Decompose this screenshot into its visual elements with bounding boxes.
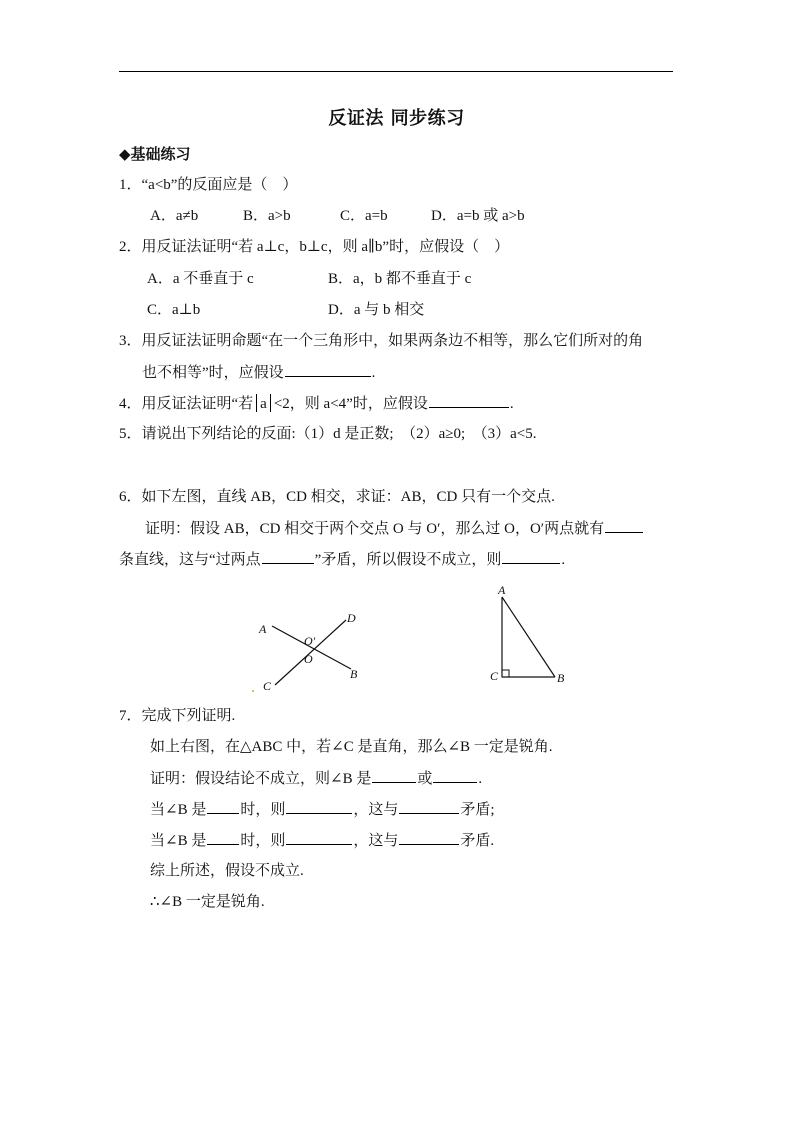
- case1-with: ，这与: [353, 802, 398, 818]
- question-6-proof-line2: 条直线，这与“过两点”矛盾，所以假设不成立，则.: [119, 549, 565, 570]
- question-7-given: 如上右图，在△ABC 中，若∠C 是直角，那么∠B 一定是锐角.: [150, 737, 553, 757]
- section-heading: ◆基础练习: [119, 144, 191, 164]
- case2-blank-result[interactable]: [286, 830, 352, 845]
- label-d: D: [346, 611, 356, 625]
- q6-blank-axiom[interactable]: [262, 549, 314, 564]
- case2-end: 矛盾.: [460, 833, 494, 849]
- q7-or: 或: [417, 771, 432, 787]
- q3-answer-blank[interactable]: [285, 362, 371, 377]
- q3-text: 也不相等”时，应假设: [142, 365, 284, 381]
- q4-end: .: [510, 396, 514, 412]
- label-b: B: [350, 667, 358, 681]
- question-6-stem: 6．如下左图，直线 AB，CD 相交，求证：AB，CD 只有一个交点.: [119, 487, 555, 507]
- question-7-case2: 当∠B 是时，则，这与矛盾.: [150, 830, 494, 851]
- question-1-stem: 1．“a<b”的反面应是（ ）: [119, 175, 297, 195]
- q7-proof-text: 证明：假设结论不成立，则∠B 是: [150, 771, 371, 787]
- case1-end: 矛盾;: [460, 802, 494, 818]
- q2-option-b: B．a，b 都不垂直于 c: [328, 269, 471, 289]
- q2-option-c: C．a⊥b: [147, 300, 200, 320]
- case1-blank-result[interactable]: [286, 799, 352, 814]
- q2-option-a: A．a 不垂直于 c: [147, 269, 254, 289]
- q7-blank-case2[interactable]: [433, 768, 477, 783]
- case2-when: 时，则: [240, 833, 285, 849]
- case2-blank-type[interactable]: [207, 830, 239, 845]
- question-7-case1: 当∠B 是时，则，这与矛盾;: [150, 799, 495, 820]
- question-7-summary: 综上所述，假设不成立.: [150, 861, 304, 881]
- case2-text: 当∠B 是: [150, 833, 206, 849]
- abs-bar-left: [256, 394, 257, 412]
- label-c: C: [263, 679, 272, 693]
- q6-text-a: 条直线，这与“过两点: [119, 552, 261, 568]
- figure-right-triangle: A B C: [485, 582, 575, 690]
- q6-text-c: .: [561, 552, 565, 568]
- case1-blank-type[interactable]: [207, 799, 239, 814]
- question-7-conclusion: ∴∠B 一定是锐角.: [150, 892, 265, 912]
- q4-answer-blank[interactable]: [429, 393, 509, 408]
- label-a: A: [258, 622, 267, 636]
- q4-abs-var: a: [260, 396, 267, 412]
- question-6-proof-line1: 证明：假设 AB，CD 相交于两个交点 O 与 O′，那么过 O，O′两点就有: [145, 518, 644, 539]
- question-3-line2: 也不相等”时，应假设.: [142, 362, 375, 383]
- case2-blank-contradiction[interactable]: [399, 830, 459, 845]
- case1-when: 时，则: [240, 802, 285, 818]
- label-b: B: [557, 671, 565, 685]
- case2-with: ，这与: [353, 833, 398, 849]
- question-5: 5．请说出下列结论的反面:（1）d 是正数; （2）a≥0; （3）a<5.: [119, 424, 537, 444]
- q1-option-a: A．a≠b: [150, 206, 198, 226]
- q1-option-c: C．a=b: [340, 206, 388, 226]
- question-7-proof: 证明：假设结论不成立，则∠B 是或.: [150, 768, 482, 789]
- abs-bar-right: [270, 394, 271, 412]
- label-c: C: [490, 669, 499, 683]
- page-title: 反证法 同步练习: [0, 104, 793, 130]
- q6-proof-text: 证明：假设 AB，CD 相交于两个交点 O 与 O′，那么过 O，O′两点就有: [145, 521, 604, 537]
- label-a: A: [497, 583, 506, 597]
- q6-blank-count[interactable]: [605, 518, 643, 533]
- figure-intersecting-lines: A B C D O′ O: [245, 605, 370, 697]
- q4-text-pre: 4．用反证法证明“若: [119, 396, 253, 412]
- question-7-stem: 7．完成下列证明.: [119, 706, 235, 726]
- q4-text-mid: <2，则 a<4”时，应假设: [274, 396, 428, 412]
- q6-text-b: ”矛盾，所以假设不成立，则: [315, 552, 502, 568]
- case1-text: 当∠B 是: [150, 802, 206, 818]
- q1-option-b: B．a>b: [243, 206, 291, 226]
- q6-blank-conclusion[interactable]: [502, 549, 560, 564]
- q1-option-d: D．a=b 或 a>b: [431, 206, 525, 226]
- label-o: O: [304, 652, 313, 666]
- q3-end: .: [372, 365, 376, 381]
- q7-blank-case1[interactable]: [372, 768, 416, 783]
- question-3-line1: 3．用反证法证明命题“在一个三角形中，如果两条边不相等，那么它们所对的角: [119, 331, 643, 351]
- q2-option-d: D．a 与 b 相交: [328, 300, 424, 320]
- label-o-prime: O′: [304, 634, 316, 648]
- header-rule: [119, 71, 673, 72]
- q7-proof-end: .: [478, 771, 482, 787]
- case1-blank-contradiction[interactable]: [399, 799, 459, 814]
- question-2-stem: 2．用反证法证明“若 a⊥c，b⊥c，则 a∥b”时，应假设（ ）: [119, 237, 509, 257]
- question-4: 4．用反证法证明“若a<2，则 a<4”时，应假设.: [119, 393, 514, 414]
